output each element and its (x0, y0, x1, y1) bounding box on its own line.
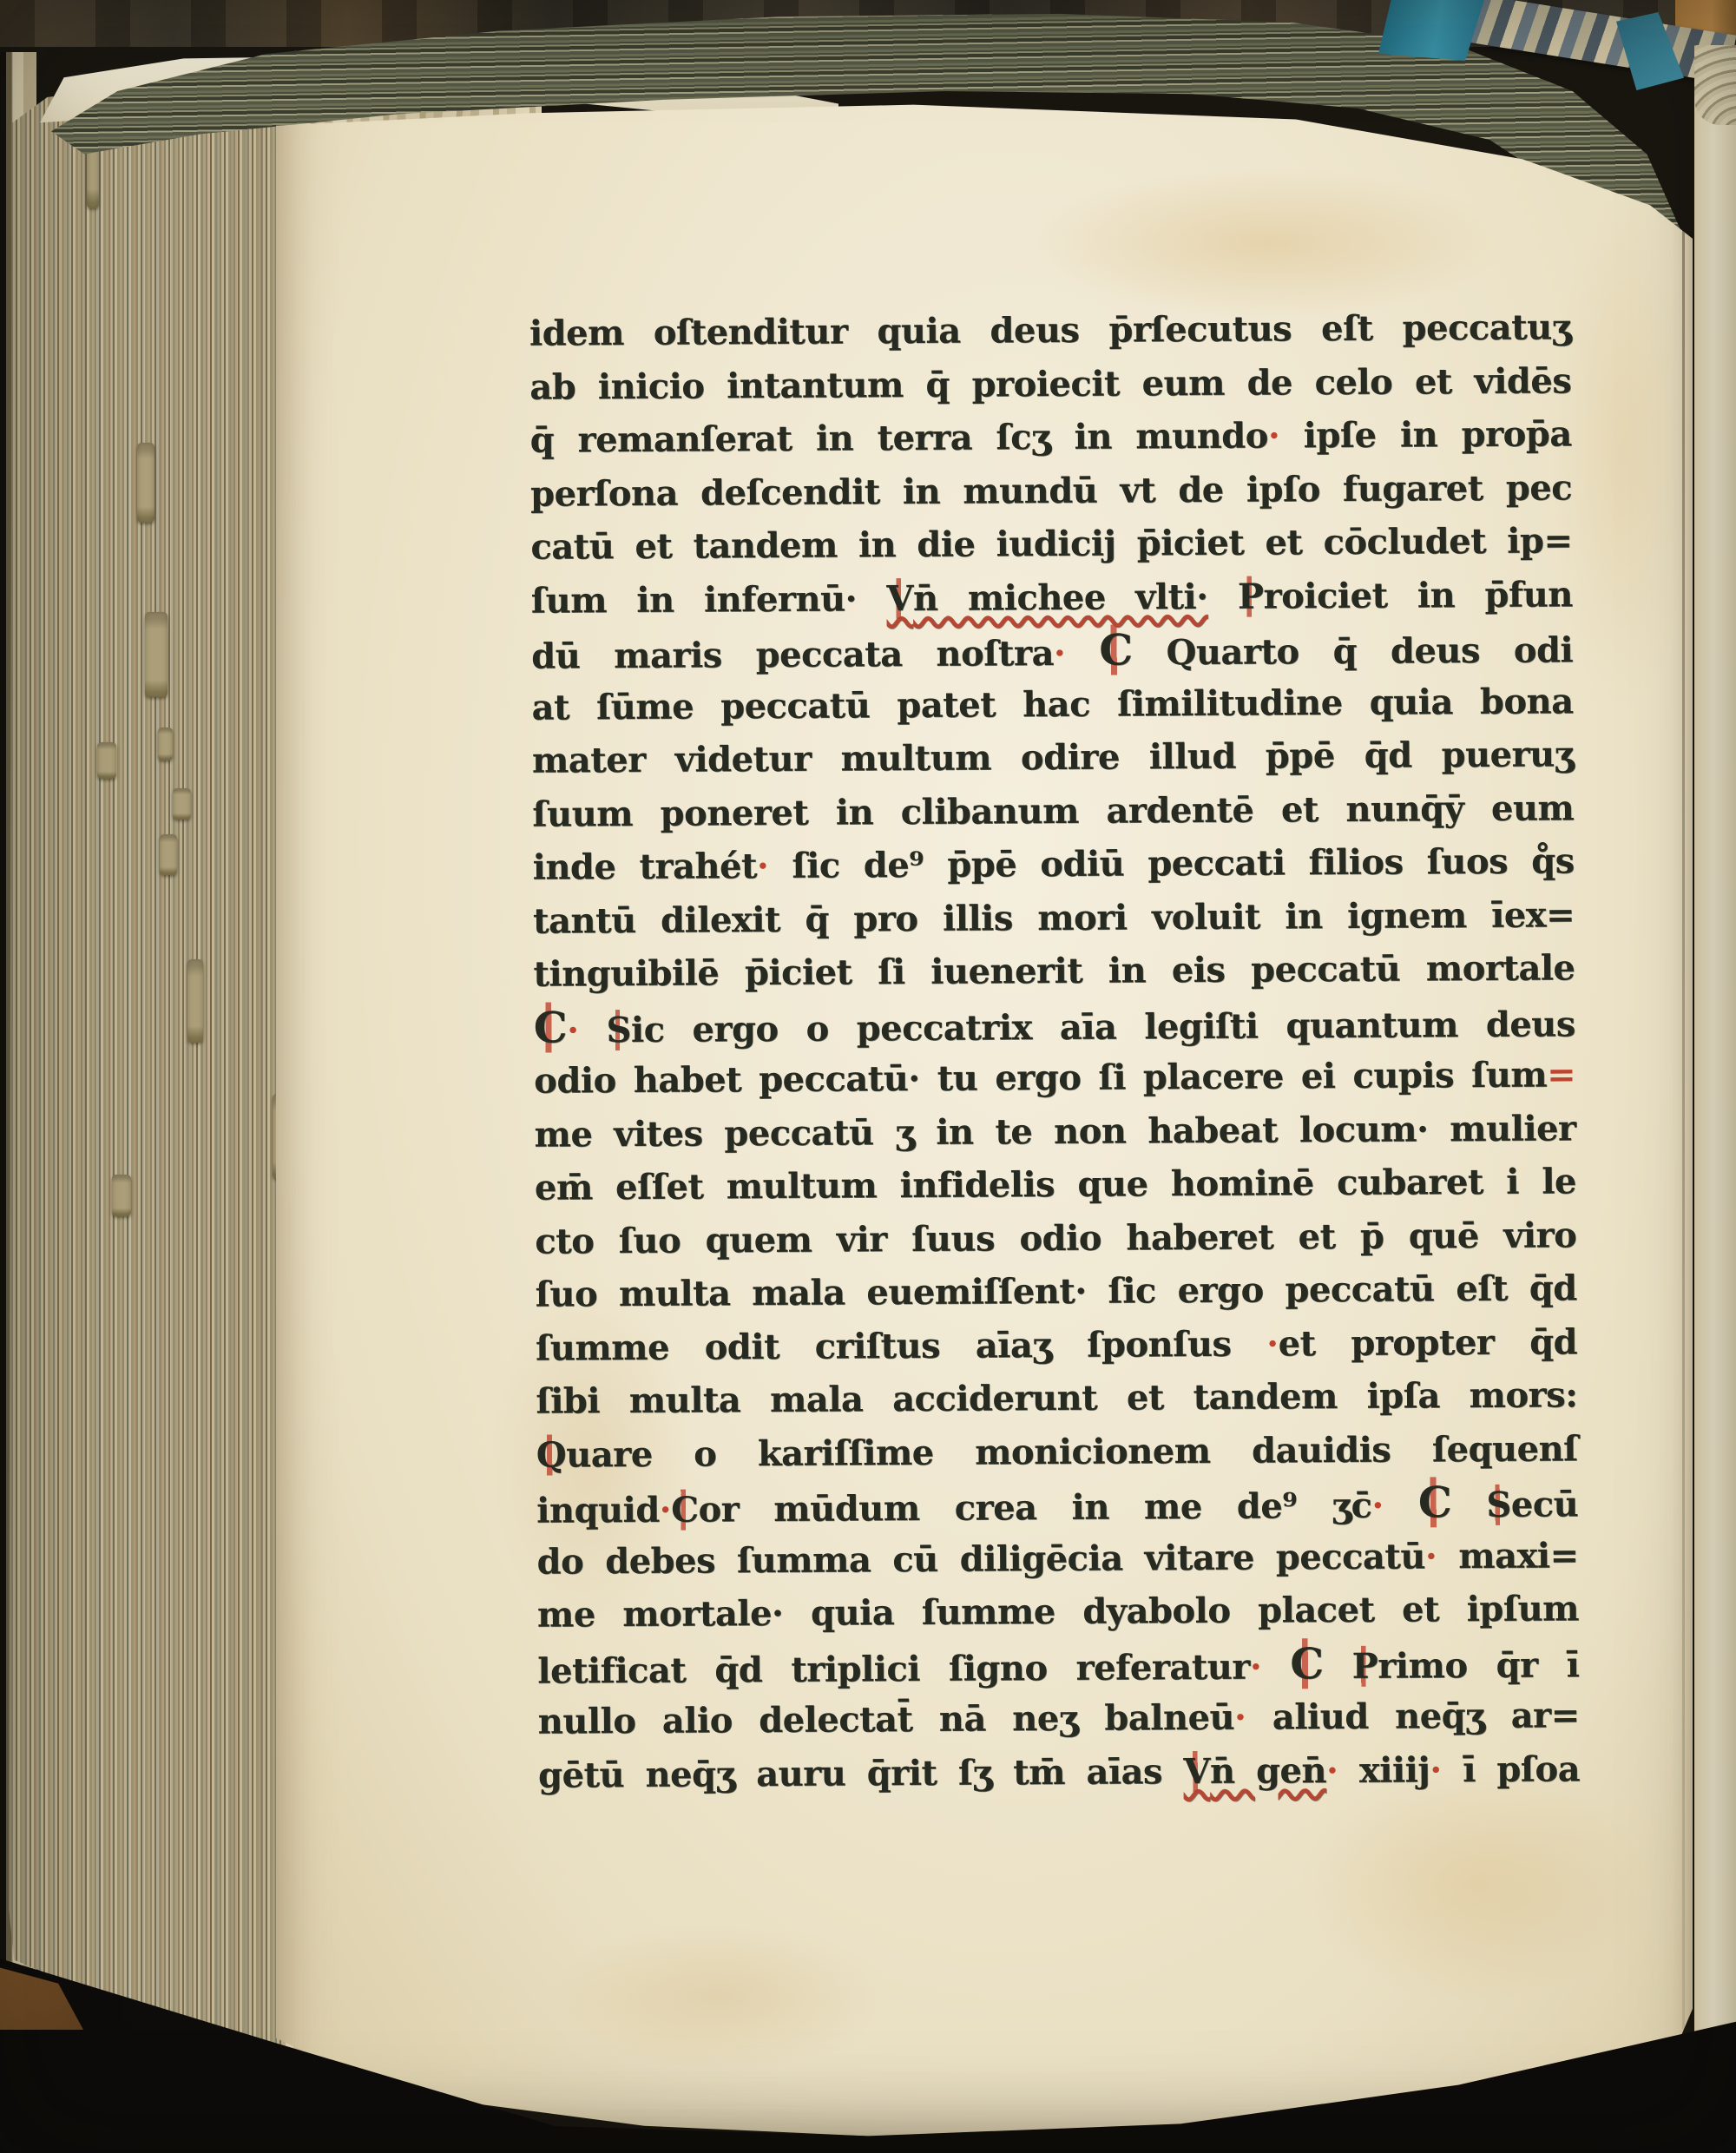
text-segment: idem oſtenditur quia deus p̄rſecutus eſt… (529, 306, 1571, 353)
text-segment: ic ergo o peccatrix aīa legiſti quantum … (631, 1004, 1575, 1050)
text-line: catū et tandem in die iudicij p̄iciet et… (530, 514, 1572, 574)
rubricated-initial: S (606, 1009, 631, 1050)
text-segment (1384, 1485, 1418, 1525)
text-block: idem oſtenditur quia deus p̄rſecutus eſt… (529, 300, 1580, 1801)
text-segment: ſuum poneret in clibanum ardentē et nunq… (532, 787, 1574, 834)
text-line: ſuo multa mala euemiſſent· ſic ergo pecc… (536, 1261, 1577, 1321)
rubricated-initial: V (886, 577, 913, 618)
text-segment: ſumme odit criſtus aīaʒ ſponſus (536, 1323, 1266, 1368)
text-segment: Quarto q̄ deus odi (1166, 629, 1573, 673)
leather-index-tab (160, 834, 177, 875)
text-line: mater videtur multum odire illud p̄pē q̄… (532, 728, 1574, 787)
text-segment: n̄ michee vlti· (913, 576, 1208, 618)
rubric-mark: = (1547, 1054, 1575, 1095)
rubric-mark: · (1234, 1697, 1246, 1738)
text-segment: catū et tandem in die iudicij p̄iciet et… (530, 520, 1572, 567)
text-segment: ab inicio intantum q̄ proiecit eum de ce… (529, 360, 1571, 407)
rubricated-initial: C (534, 1002, 568, 1052)
fore-edge-page-stack (9, 71, 285, 2068)
rubricated-initial: Q (536, 1434, 567, 1475)
text-segment: me mortale· quia ſumme dyabolo placet et… (537, 1588, 1579, 1635)
text-line: nullo alio delectat̄ nā neʒ balneū· aliu… (538, 1689, 1580, 1748)
text-line: me mortale· quia ſumme dyabolo placet et… (537, 1582, 1579, 1642)
rubric-mark: · (1054, 633, 1066, 674)
text-line: inquid·Cor mūdum crea in me de⁹ ʒc̄· C S… (536, 1475, 1578, 1535)
rubric-mark: · (1430, 1749, 1442, 1790)
rubric-mark: · (757, 846, 769, 886)
text-line: ſuum poneret in clibanum ardentē et nunq… (532, 781, 1574, 841)
text-segment: nullo alio delectat̄ nā neʒ balneū (538, 1697, 1235, 1742)
text-line: letificat q̄d triplici ſigno referatur· … (537, 1636, 1579, 1695)
text-segment: xiiij (1338, 1749, 1430, 1791)
text-line: em̄ eſſet multum infidelis que hominē cu… (535, 1155, 1576, 1215)
text-segment: tantū dilexit q̄ pro illis mori voluit i… (533, 894, 1575, 941)
text-line: ſumme odit criſtus aīaʒ ſponſus ·et prop… (536, 1315, 1577, 1375)
leather-index-tab (145, 612, 168, 697)
text-segment: rimo q̄r ī (1378, 1644, 1579, 1686)
text-segment (1207, 576, 1238, 616)
text-line: at ſūme peccatū patet hac ſimilitudine q… (531, 675, 1573, 734)
leather-index-tab (187, 959, 203, 1043)
text-segment: do debes ſumma cū diligēcia vitare pecca… (536, 1536, 1425, 1582)
text-segment: gētū neq̄ʒ auru q̄rit ſʒ tm̄ aīas (538, 1751, 1184, 1796)
text-line: gētū neq̄ʒ auru q̄rit ſʒ tm̄ aīas Vn̄ ge… (538, 1742, 1580, 1802)
text-segment (1324, 1645, 1352, 1686)
text-line: cto ſuo quem vir ſuus odio haberet et p̄… (535, 1208, 1576, 1268)
rubricated-initial: C (1418, 1477, 1452, 1527)
book-page: idem oſtenditur quia deus p̄rſecutus eſt… (276, 50, 1693, 2143)
text-segment: inquid (536, 1490, 660, 1531)
text-segment (578, 1010, 606, 1050)
next-page-edge (1694, 45, 1736, 2077)
text-segment: me vites peccatū ʒ in te non habeat locu… (534, 1108, 1575, 1155)
text-segment (1261, 1646, 1290, 1687)
rubric-mark: · (567, 1010, 579, 1050)
text-line: ſibi multa mala acciderunt et tandem ipſ… (536, 1368, 1577, 1428)
rubricated-initial: P (1238, 576, 1264, 616)
text-segment: perſona deſcendit in mundū vt de ipſo fu… (530, 467, 1572, 514)
book-photo: idem oſtenditur quia deus p̄rſecutus eſt… (0, 0, 1736, 2153)
text-segment: uare o kariſſime monicionem dauidis ſequ… (566, 1428, 1578, 1475)
text-segment: et propter q̄d (1278, 1321, 1577, 1364)
text-segment: or mūdum crea in me de⁹ ʒc̄ (698, 1485, 1371, 1531)
text-segment: cto ſuo quem vir ſuus odio haberet et p̄… (535, 1215, 1576, 1261)
page-stain (486, 1893, 955, 2101)
text-line: me vites peccatū ʒ in te non habeat locu… (534, 1102, 1575, 1162)
rubricated-initial: C (1290, 1638, 1324, 1689)
text-segment: ecū (1511, 1484, 1579, 1524)
text-segment: letificat q̄d triplici ſigno referatur (537, 1646, 1250, 1691)
text-segment: q̄ remanſerat in terra ſcʒ in mundo (530, 415, 1268, 460)
text-line: tinguibilē p̄iciet ſi iuenerit in eis pe… (533, 941, 1575, 1001)
text-segment: dū maris peccata noſtra (531, 633, 1054, 677)
text-segment: ipſe in prop̄a (1279, 413, 1572, 456)
text-segment: ſuo multa mala euemiſſent· ſic ergo pecc… (536, 1267, 1577, 1314)
leather-index-tab (97, 742, 116, 779)
rubricated-initial: C (1099, 624, 1133, 675)
text-segment: tinguibilē p̄iciet ſi iuenerit in eis pe… (533, 947, 1575, 994)
text-line: C· Sic ergo o peccatrix aīa legiſti quan… (534, 995, 1575, 1055)
rubric-mark: · (1326, 1750, 1338, 1791)
text-segment: ſic de⁹ p̄pē odiū peccati filios ſuos q̊… (768, 840, 1575, 886)
rubric-mark: · (1425, 1536, 1437, 1577)
text-line: inde trahét· ſic de⁹ p̄pē odiū peccati f… (533, 834, 1575, 894)
leather-index-tab (173, 788, 191, 820)
rubricated-initial: P (1352, 1645, 1378, 1686)
text-line: q̄ remanſerat in terra ſcʒ in mundo· ipſ… (530, 407, 1572, 467)
text-line: ſum in infernū· Vn̄ michee vlti· Proicie… (531, 568, 1573, 628)
rubricated-initial: V (1183, 1750, 1210, 1791)
text-line: Quare o kariſſime monicionem dauidis ſeq… (536, 1422, 1578, 1482)
text-segment (1132, 632, 1166, 673)
rubric-mark: · (660, 1490, 672, 1531)
text-segment: ſum in infernū· (531, 578, 887, 622)
text-line: idem oſtenditur quia deus p̄rſecutus eſt… (529, 300, 1571, 360)
page-crease (1682, 59, 1685, 2030)
text-segment (1065, 633, 1099, 674)
text-line: dū maris peccata noſtra· C Quarto q̄ deu… (531, 621, 1573, 681)
text-segment: roiciet in p̄fun (1263, 574, 1573, 616)
text-line: ab inicio intantum q̄ proiecit eum de ce… (529, 354, 1571, 414)
text-segment: ī pſoa (1442, 1748, 1581, 1790)
rubric-mark: · (1268, 415, 1280, 456)
text-segment: em̄ eſſet multum infidelis que hominē cu… (535, 1161, 1576, 1208)
text-segment: n̄ gen̄ (1210, 1750, 1326, 1792)
text-line: perſona deſcendit in mundū vt de ipſo fu… (530, 461, 1572, 521)
text-segment (1451, 1485, 1486, 1525)
rubric-mark: · (1266, 1323, 1279, 1364)
text-segment: aliud neq̄ʒ ar= (1246, 1695, 1579, 1737)
rubric-mark: · (1371, 1485, 1384, 1526)
text-segment: mater videtur multum odire illud p̄pē q̄… (532, 734, 1574, 780)
leather-index-tab (137, 443, 155, 523)
leather-index-tab (112, 1175, 131, 1216)
text-line: odio habet peccatū· tu ergo ſi placere e… (534, 1048, 1575, 1108)
rubric-mark: · (1250, 1646, 1262, 1687)
rubricated-initial: S (1486, 1485, 1511, 1525)
text-line: do debes ſumma cū diligēcia vitare pecca… (536, 1529, 1578, 1589)
rubricated-initial: C (671, 1490, 699, 1531)
text-segment: ſibi multa mala acciderunt et tandem ipſ… (536, 1374, 1577, 1421)
leather-index-tab (158, 728, 173, 760)
text-segment: maxi= (1437, 1535, 1579, 1577)
text-segment: odio habet peccatū· tu ergo ſi placere e… (534, 1055, 1547, 1102)
text-segment: at ſūme peccatū patet hac ſimilitudine q… (531, 681, 1573, 728)
text-line: tantū dilexit q̄ pro illis mori voluit i… (533, 888, 1575, 948)
text-segment: inde trahét (533, 846, 758, 888)
